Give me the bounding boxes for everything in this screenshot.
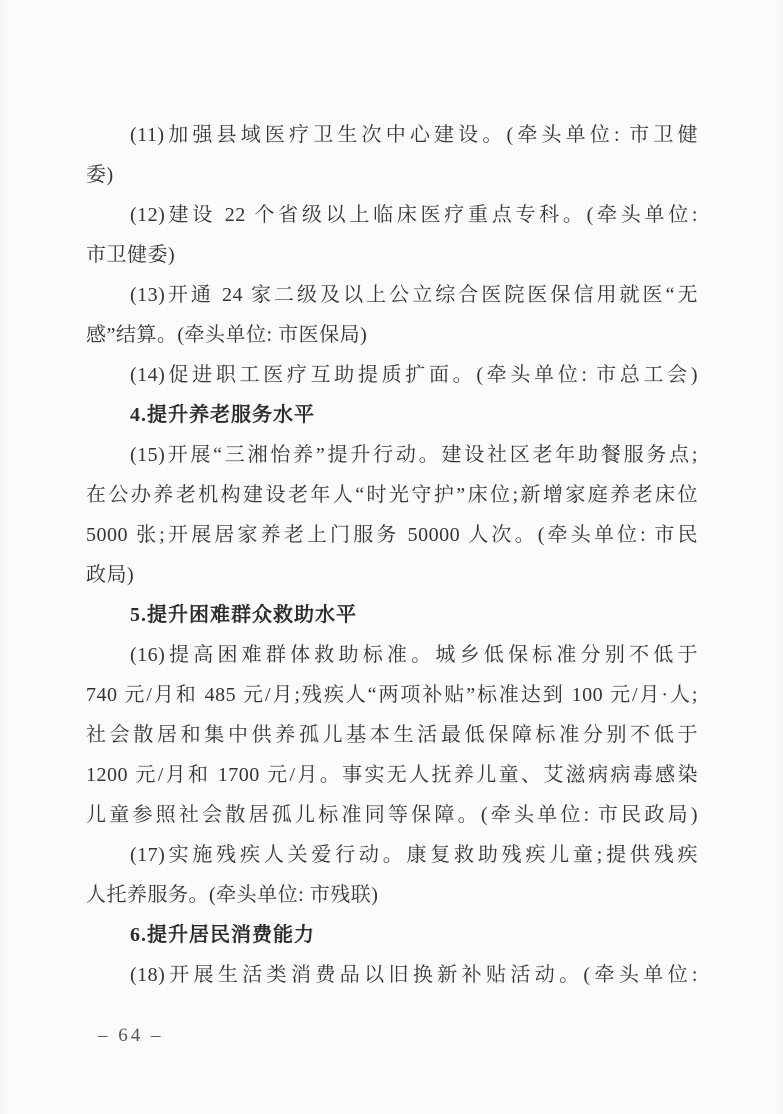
paragraph-item-16-line-4: 1200 元/月和 1700 元/月。事实无人抚养儿童、艾滋病病毒感染	[86, 755, 698, 795]
paragraph-item-16-line-2: 740 元/月和 485 元/月;残疾人“两项补贴”标准达到 100 元/月·人…	[86, 675, 698, 715]
paragraph-item-18-line-1: (18)开展生活类消费品以旧换新补贴活动。(牵头单位:	[86, 955, 698, 995]
paragraph-item-15-line-1: (15)开展“三湘怡养”提升行动。建设社区老年助餐服务点;	[86, 435, 698, 475]
paragraph-item-16-line-3: 社会散居和集中供养孤儿基本生活最低保障标准分别不低于	[86, 715, 698, 755]
paragraph-item-11-line-2: 委)	[86, 155, 698, 195]
document-page: (11)加强县域医疗卫生次中心建设。(牵头单位: 市卫健 委) (12)建设 2…	[0, 0, 783, 1114]
paragraph-item-15-line-4: 政局)	[86, 555, 698, 595]
section-heading-4: 4.提升养老服务水平	[86, 395, 698, 435]
paragraph-item-17-line-1: (17)实施残疾人关爱行动。康复救助残疾儿童;提供残疾	[86, 835, 698, 875]
section-heading-5: 5.提升困难群众救助水平	[86, 595, 698, 635]
document-body: (11)加强县域医疗卫生次中心建设。(牵头单位: 市卫健 委) (12)建设 2…	[86, 115, 698, 995]
section-heading-6: 6.提升居民消费能力	[86, 915, 698, 955]
paragraph-item-15-line-3: 5000 张;开展居家养老上门服务 50000 人次。(牵头单位: 市民	[86, 515, 698, 555]
paragraph-item-13-line-1: (13)开通 24 家二级及以上公立综合医院医保信用就医“无	[86, 275, 698, 315]
paragraph-item-15-line-2: 在公办养老机构建设老年人“时光守护”床位;新增家庭养老床位	[86, 475, 698, 515]
page-number: – 64 –	[98, 1016, 164, 1056]
paragraph-item-12-line-2: 市卫健委)	[86, 235, 698, 275]
paragraph-item-17-line-2: 人托养服务。(牵头单位: 市残联)	[86, 875, 698, 915]
paragraph-item-11-line-1: (11)加强县域医疗卫生次中心建设。(牵头单位: 市卫健	[86, 115, 698, 155]
paragraph-item-14-line-1: (14)促进职工医疗互助提质扩面。(牵头单位: 市总工会)	[86, 355, 698, 395]
paragraph-item-16-line-1: (16)提高困难群体救助标准。城乡低保标准分别不低于	[86, 635, 698, 675]
paragraph-item-16-line-5: 儿童参照社会散居孤儿标准同等保障。(牵头单位: 市民政局)	[86, 795, 698, 835]
paragraph-item-13-line-2: 感”结算。(牵头单位: 市医保局)	[86, 315, 698, 355]
paragraph-item-12-line-1: (12)建设 22 个省级以上临床医疗重点专科。(牵头单位:	[86, 195, 698, 235]
